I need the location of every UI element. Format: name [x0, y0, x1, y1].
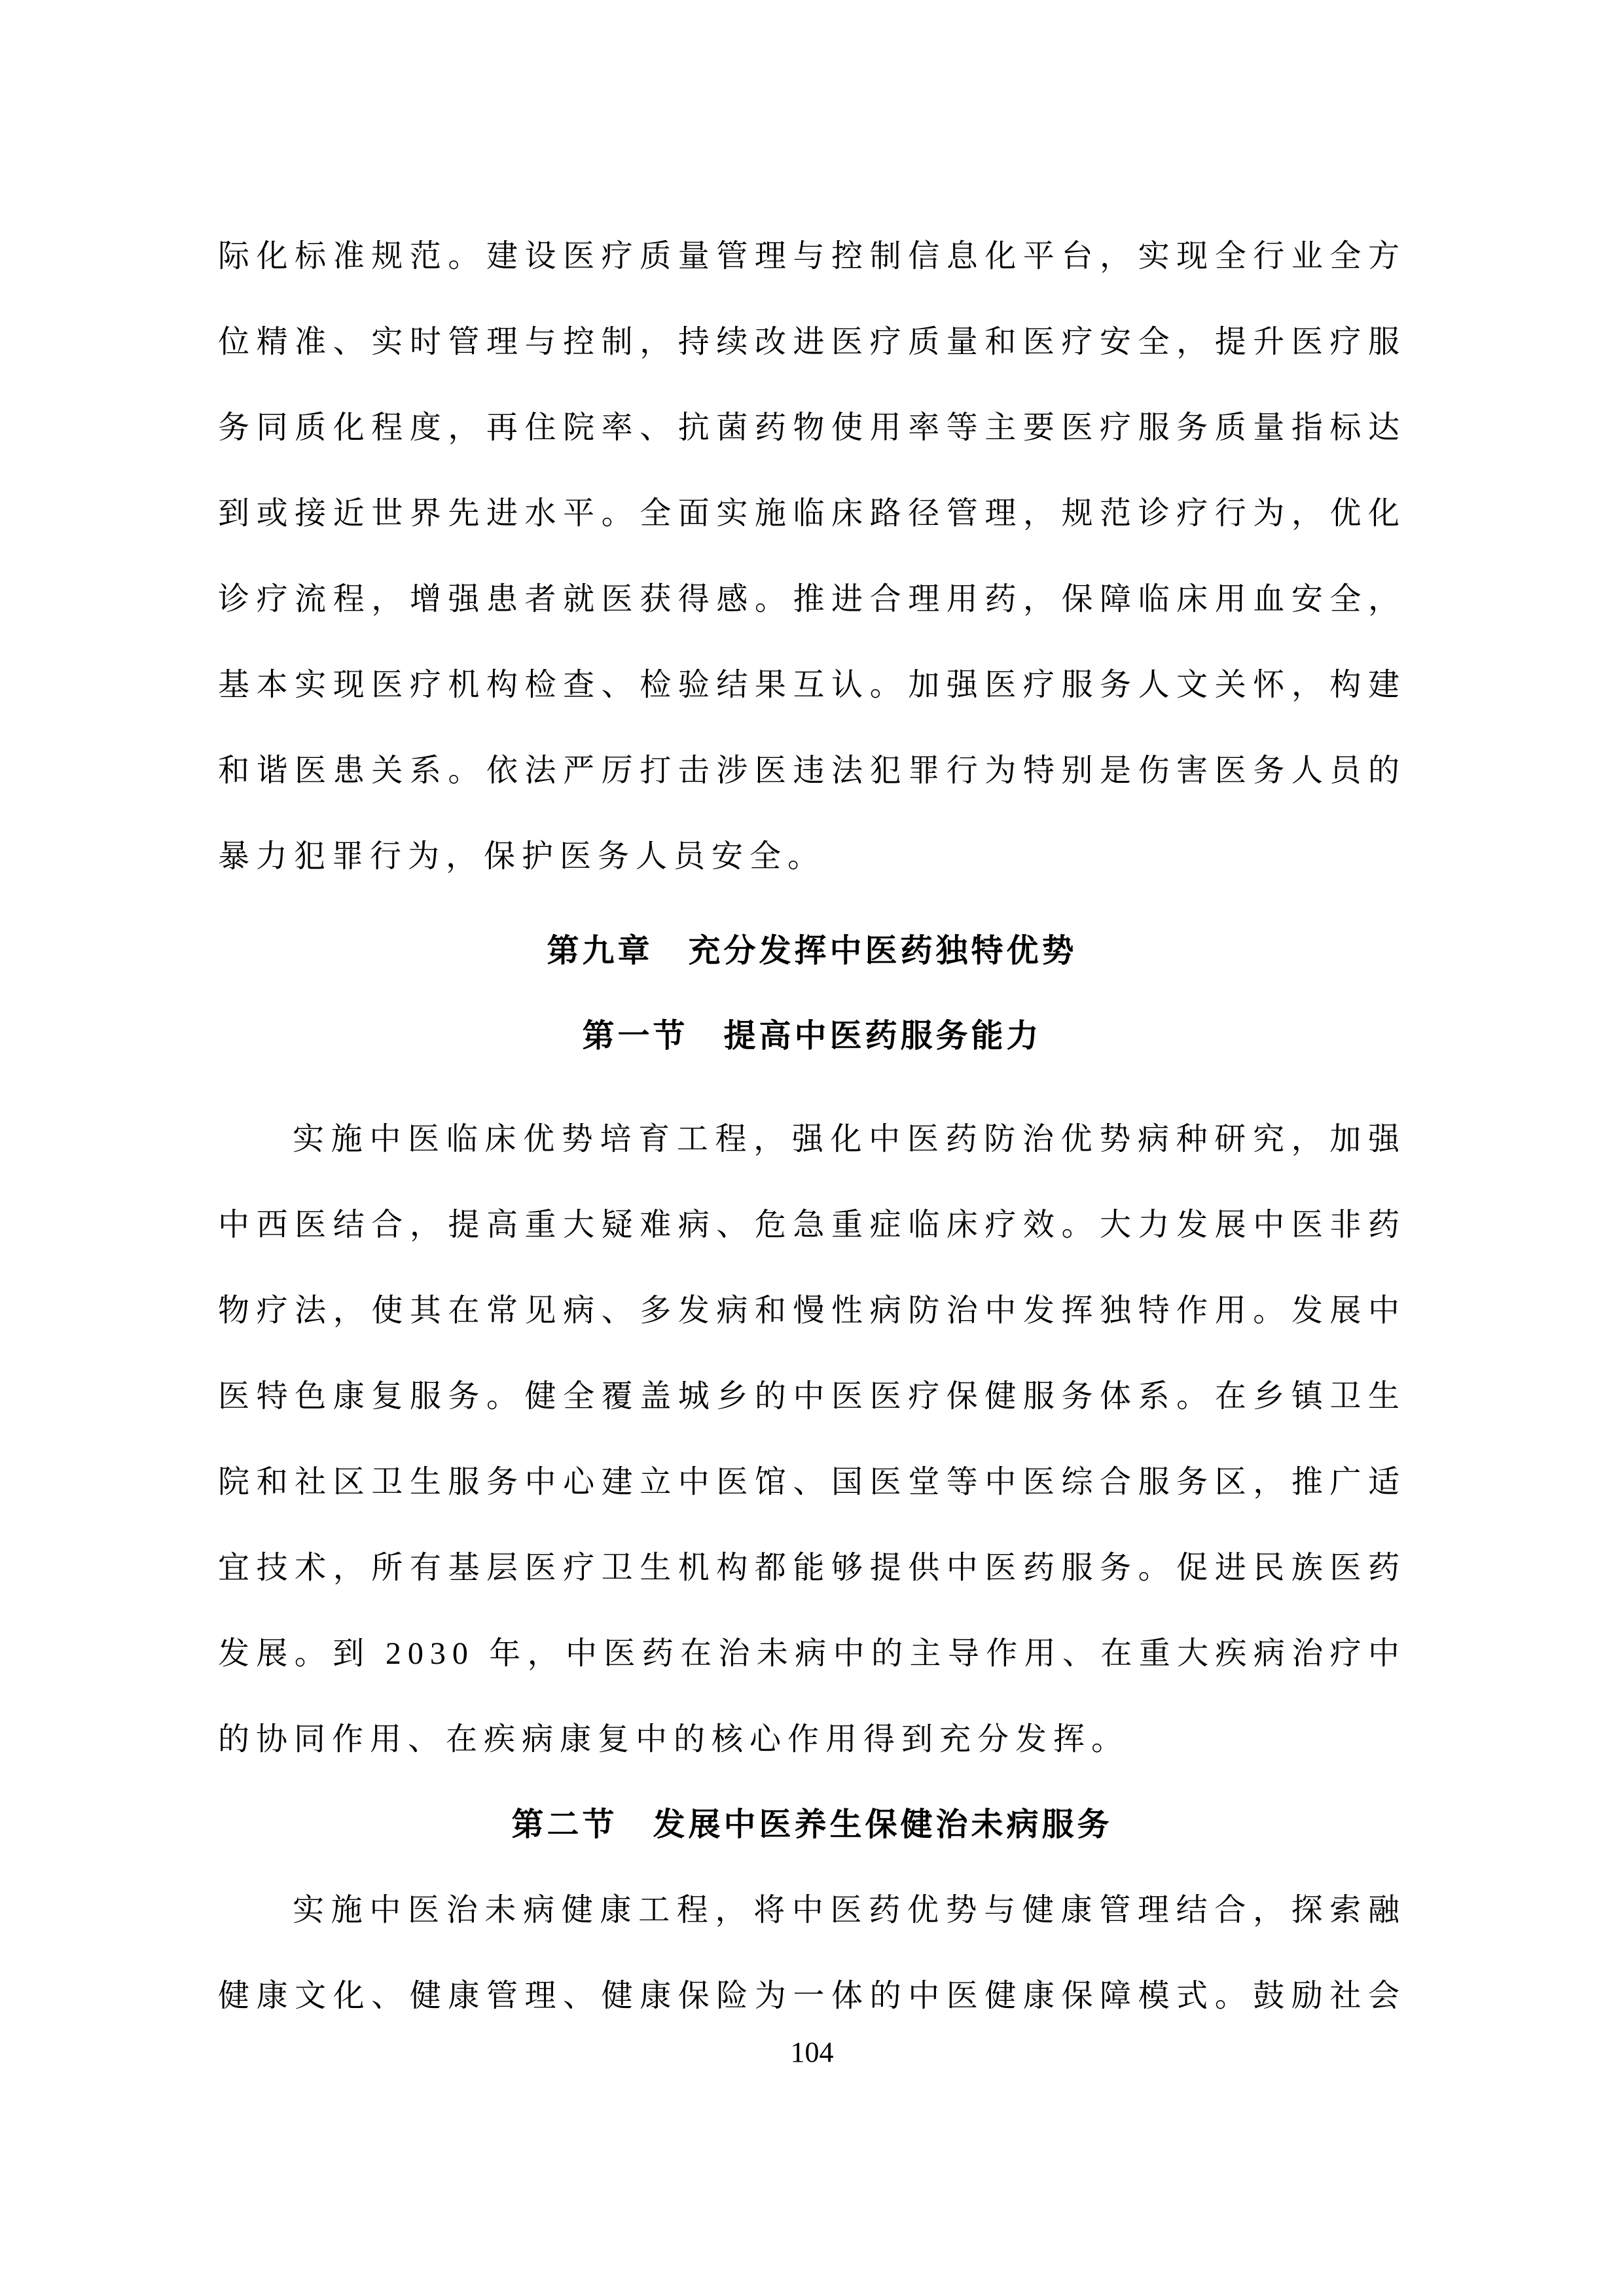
document-text-block: 际化标准规范。建设医疗质量管理与控制信息化平台，实现全行业全方 位精准、实时管理… — [218, 213, 1406, 2039]
paragraph-line: 实施中医临床优势培育工程，强化中医药防治优势病种研究，加强 — [218, 1096, 1406, 1182]
paragraph-line: 务同质化程度，再住院率、抗菌药物使用率等主要医疗服务质量指标达 — [218, 385, 1406, 471]
chapter-heading: 第九章 充分发挥中医药独特优势 — [218, 908, 1406, 994]
paragraph-line: 和谐医患关系。依法严厉打击涉医违法犯罪行为特别是伤害医务人员的 — [218, 728, 1406, 814]
page-number: 104 — [0, 2037, 1624, 2068]
paragraph-line: 基本实现医疗机构检查、检验结果互认。加强医疗服务人文关怀，构建 — [218, 642, 1406, 728]
paragraph-line: 健康文化、健康管理、健康保险为一体的中医健康保障模式。鼓励社会 — [218, 1953, 1406, 2039]
paragraph-line: 实施中医治未病健康工程，将中医药优势与健康管理结合，探索融 — [218, 1867, 1406, 1953]
section-heading-1: 第一节 提高中医药服务能力 — [218, 994, 1406, 1079]
document-page: 际化标准规范。建设医疗质量管理与控制信息化平台，实现全行业全方 位精准、实时管理… — [0, 0, 1624, 2296]
paragraph-line: 宜技术，所有基层医疗卫生机构都能够提供中医药服务。促进民族医药 — [218, 1525, 1406, 1611]
paragraph-2: 实施中医临床优势培育工程，强化中医药防治优势病种研究，加强 中西医结合，提高重大… — [218, 1096, 1406, 1782]
paragraph-1: 际化标准规范。建设医疗质量管理与控制信息化平台，实现全行业全方 位精准、实时管理… — [218, 213, 1406, 899]
paragraph-line: 的协同作用、在疾病康复中的核心作用得到充分发挥。 — [218, 1696, 1406, 1782]
paragraph-line: 医特色康复服务。健全覆盖城乡的中医医疗保健服务体系。在乡镇卫生 — [218, 1354, 1406, 1439]
paragraph-line: 到或接近世界先进水平。全面实施临床路径管理，规范诊疗行为，优化 — [218, 471, 1406, 556]
paragraph-line: 位精准、实时管理与控制，持续改进医疗质量和医疗安全，提升医疗服 — [218, 299, 1406, 385]
paragraph-line: 发展。到 2030 年，中医药在治未病中的主导作用、在重大疾病治疗中 — [218, 1611, 1406, 1696]
paragraph-line: 诊疗流程，增强患者就医获得感。推进合理用药，保障临床用血安全， — [218, 556, 1406, 642]
paragraph-3: 实施中医治未病健康工程，将中医药优势与健康管理结合，探索融 健康文化、健康管理、… — [218, 1867, 1406, 2039]
paragraph-line: 院和社区卫生服务中心建立中医馆、国医堂等中医综合服务区，推广适 — [218, 1439, 1406, 1525]
paragraph-line: 物疗法，使其在常见病、多发病和慢性病防治中发挥独特作用。发展中 — [218, 1268, 1406, 1354]
section-heading-2: 第二节 发展中医养生保健治未病服务 — [218, 1782, 1406, 1867]
paragraph-line: 际化标准规范。建设医疗质量管理与控制信息化平台，实现全行业全方 — [218, 213, 1406, 299]
paragraph-line: 中西医结合，提高重大疑难病、危急重症临床疗效。大力发展中医非药 — [218, 1182, 1406, 1268]
paragraph-line: 暴力犯罪行为，保护医务人员安全。 — [218, 814, 1406, 899]
